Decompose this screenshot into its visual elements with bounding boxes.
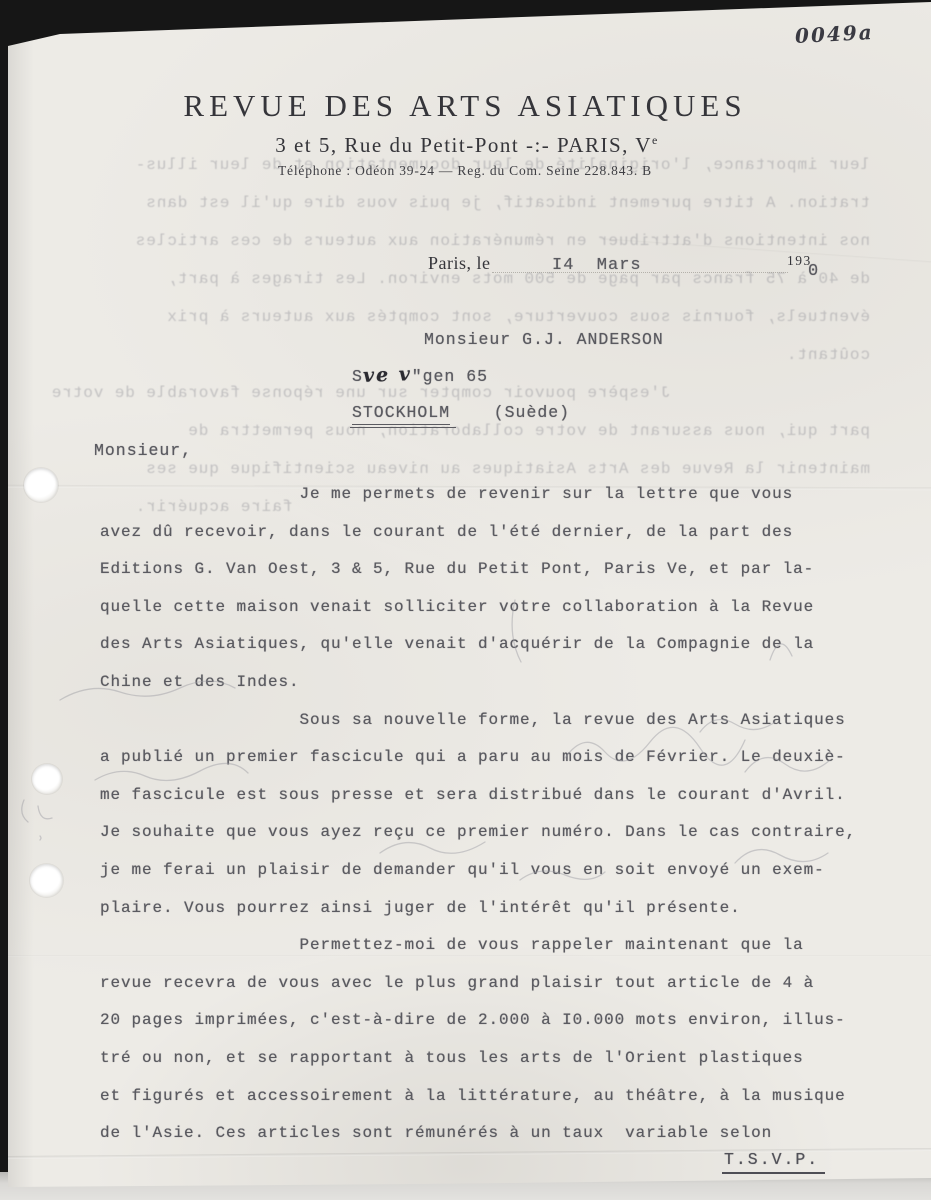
letter-scan: leur importance, l'originalité de leur d… <box>0 0 931 1200</box>
text-line: a publié un premier fascicule qui a paru… <box>100 739 890 777</box>
text-line: tré ou non, et se rapportant à tous les … <box>100 1040 890 1078</box>
archive-number-handwritten: 0049a <box>794 20 874 48</box>
text-line: tration. A titre purement indicatif, je … <box>58 184 870 222</box>
city-country-gap <box>450 403 494 422</box>
letterhead-address: 3 et 5, Rue du Petit-Pont -:- PARIS, Ve <box>275 133 659 158</box>
punch-hole <box>24 468 58 502</box>
letterhead-address-superscript: e <box>652 133 659 147</box>
text-line: et figurés et accessoirement à la littér… <box>100 1078 890 1116</box>
text-line: des Arts Asiatiques, qu'elle venait d'ac… <box>100 626 890 664</box>
tsvp-turn-over-note: T.S.V.P. <box>722 1150 825 1174</box>
letterhead-phone-line: Téléphone : Odéon 39-24 — Reg. du Com. S… <box>278 163 652 179</box>
dateline-printed-prefix: Paris, le <box>428 253 491 274</box>
text-line: Chine et des Indes. <box>100 664 890 702</box>
text-line: je me ferai un plaisir de demander qu'il… <box>100 852 890 890</box>
text-line: plaire. Vous pourrez ainsi juger de l'in… <box>100 890 890 928</box>
letter-body: Je me permets de revenir sur la lettre q… <box>100 476 890 1153</box>
punch-hole <box>32 764 62 794</box>
text-line: Editions G. Van Oest, 3 & 5, Rue du Peti… <box>100 551 890 589</box>
recipient-street: Sve v"gen 65 <box>352 364 488 386</box>
letterhead-address-main: 3 et 5, Rue du Petit-Pont -:- PARIS, V <box>275 133 652 157</box>
dateline-typed-date: I4 Mars <box>552 256 642 275</box>
text-line: revue recevra de vous avec le plus grand… <box>100 965 890 1003</box>
punch-hole <box>30 864 63 897</box>
recipient-name: Monsieur G.J. ANDERSON <box>424 330 664 349</box>
street-typed-rest: "gen 65 <box>412 367 488 386</box>
recipient-city: STOCKHOLM <box>352 403 450 425</box>
text-line: Je souhaite que vous ayez reçu ce premie… <box>100 814 890 852</box>
recipient-city-line: STOCKHOLM (Suède) <box>352 403 570 422</box>
text-line: quelle cette maison venait solliciter vo… <box>100 589 890 627</box>
dateline-typed-year-digit: 0 <box>808 262 818 281</box>
text-line: avez dû recevoir, dans le courant de l'é… <box>100 514 890 552</box>
recipient-country: (Suède) <box>494 403 570 422</box>
text-line: Permettez-moi de vous rappeler maintenan… <box>100 927 890 965</box>
text-line: de l'Asie. Ces articles sont rémunérés à… <box>100 1115 890 1153</box>
text-line: Je me permets de revenir sur la lettre q… <box>100 476 890 514</box>
salutation: Monsieur, <box>94 441 192 460</box>
street-typed-first: S <box>352 367 363 386</box>
corner-crease <box>600 238 931 264</box>
letterhead-title: REVUE DES ARTS ASIATIQUES <box>183 88 746 124</box>
street-handwritten-correction: ve v <box>363 363 413 387</box>
text-line: 20 pages imprimées, c'est-à-dire de 2.00… <box>100 1002 890 1040</box>
text-line: me fascicule est sous presse et sera dis… <box>100 777 890 815</box>
text-line: Sous sa nouvelle forme, la revue des Art… <box>100 702 890 740</box>
